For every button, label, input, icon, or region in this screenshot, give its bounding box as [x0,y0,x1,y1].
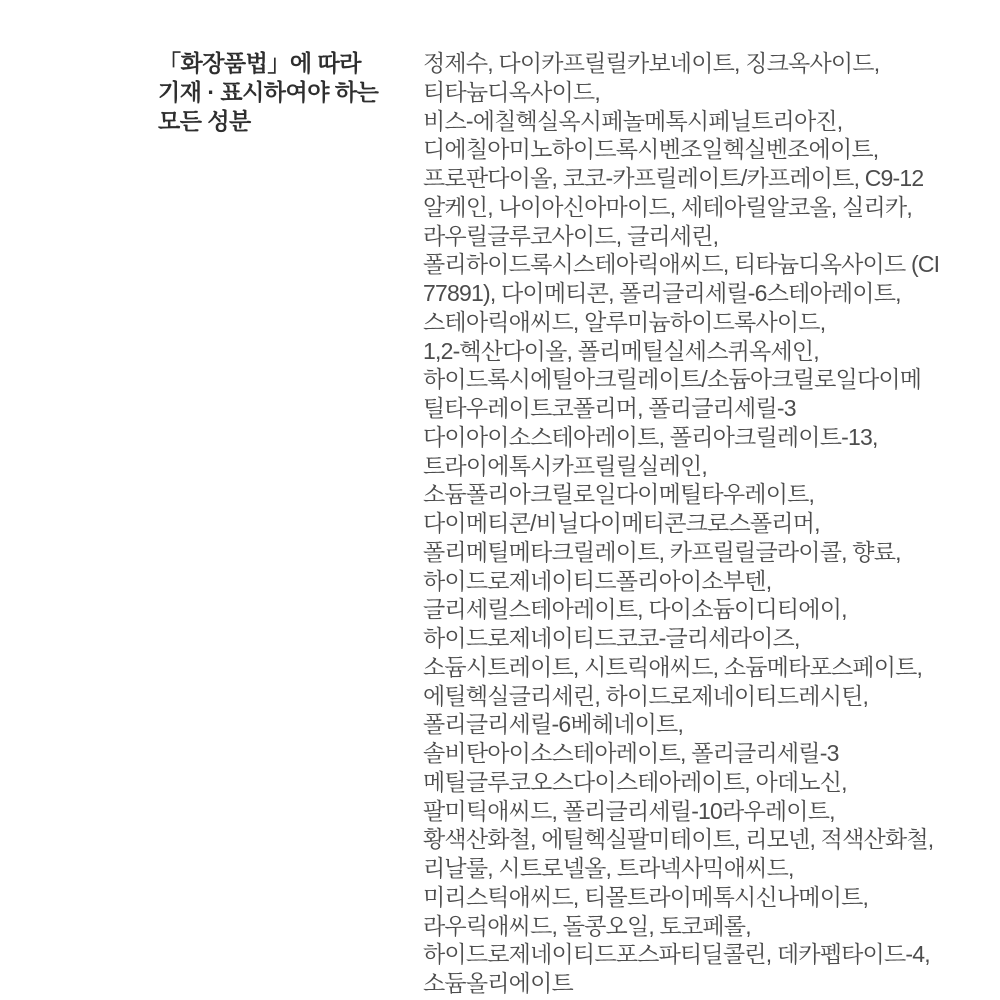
ingredients-list-text: 정제수, 다이카프릴릴카보네이트, 징크옥사이드,티타늄디옥사이드,비스-에칠헥… [423,49,983,998]
ingredients-line: 솔비탄아이소스테아레이트, 폴리글리세릴-3 [423,739,983,768]
ingredients-line: 에틸헥실글리세린, 하이드로제네이티드레시틴, [423,682,983,711]
ingredients-line: 비스-에칠헥실옥시페놀메톡시페닐트리아진, [423,107,983,136]
ingredients-line: 리날룰, 시트로넬올, 트라넥사믹애씨드, [423,854,983,883]
ingredients-line: 티타늄디옥사이드, [423,78,983,107]
ingredients-line: 알케인, 나이아신아마이드, 세테아릴알코올, 실리카, [423,193,983,222]
ingredients-line: 소듐폴리아크릴로일다이메틸타우레이트, [423,480,983,509]
ingredients-line: 77891), 다이메티콘, 폴리글리세릴-6스테아레이트, [423,279,983,308]
ingredients-line: 하이드로제네이티드포스파티딜콜린, 데카펩타이드-4, [423,940,983,969]
ingredients-line: 황색산화철, 에틸헥실팔미테이트, 리모넨, 적색산화철, [423,825,983,854]
ingredients-line: 글리세릴스테아레이트, 다이소듐이디티에이, [423,595,983,624]
ingredients-line: 트라이에톡시카프릴릴실레인, [423,452,983,481]
ingredients-line: 하이드록시에틸아크릴레이트/소듐아크릴로일다이메 [423,365,983,394]
ingredients-line: 정제수, 다이카프릴릴카보네이트, 징크옥사이드, [423,49,983,78]
ingredients-line: 프로판다이올, 코코-카프릴레이트/카프레이트, C9-12 [423,164,983,193]
ingredients-line: 틸타우레이트코폴리머, 폴리글리세릴-3 [423,394,983,423]
ingredients-line: 폴리글리세릴-6베헤네이트, [423,710,983,739]
ingredients-line: 1,2-헥산다이올, 폴리메틸실세스퀴옥세인, [423,337,983,366]
ingredients-line: 다이아이소스테아레이트, 폴리아크릴레이트-13, [423,423,983,452]
ingredients-line: 메틸글루코오스다이스테아레이트, 아데노신, [423,768,983,797]
ingredients-line: 폴리메틸메타크릴레이트, 카프릴릴글라이콜, 향료, [423,538,983,567]
ingredients-line: 라우릭애씨드, 돌콩오일, 토코페롤, [423,912,983,941]
ingredients-line: 소듐올리에이트 [423,969,983,998]
ingredients-line: 팔미틱애씨드, 폴리글리세릴-10라우레이트, [423,797,983,826]
ingredients-line: 하이드로제네이티드코코-글리세라이즈, [423,624,983,653]
ingredients-line: 다이메티콘/비닐다이메티콘크로스폴리머, [423,509,983,538]
ingredients-line: 소듐시트레이트, 시트릭애씨드, 소듐메타포스페이트, [423,653,983,682]
ingredients-line: 디에칠아미노하이드록시벤조일헥실벤조에이트, [423,135,983,164]
field-label-line: 기재 · 표시하여야 하는 [158,78,408,107]
ingredients-line: 라우릴글루코사이드, 글리세린, [423,222,983,251]
ingredient-disclosure-section: 「화장품법」에 따라기재 · 표시하여야 하는모든 성분 정제수, 다이카프릴릴… [0,0,1000,1000]
ingredients-line: 폴리하이드록시스테아릭애씨드, 티타늄디옥사이드 (CI [423,250,983,279]
field-label-line: 모든 성분 [158,107,408,136]
field-label-line: 「화장품법」에 따라 [158,49,408,78]
ingredients-line: 하이드로제네이티드폴리아이소부텐, [423,567,983,596]
ingredients-line: 미리스틱애씨드, 티몰트라이메톡시신나메이트, [423,883,983,912]
field-label-required-ingredients: 「화장품법」에 따라기재 · 표시하여야 하는모든 성분 [158,49,408,135]
ingredients-line: 스테아릭애씨드, 알루미늄하이드록사이드, [423,308,983,337]
